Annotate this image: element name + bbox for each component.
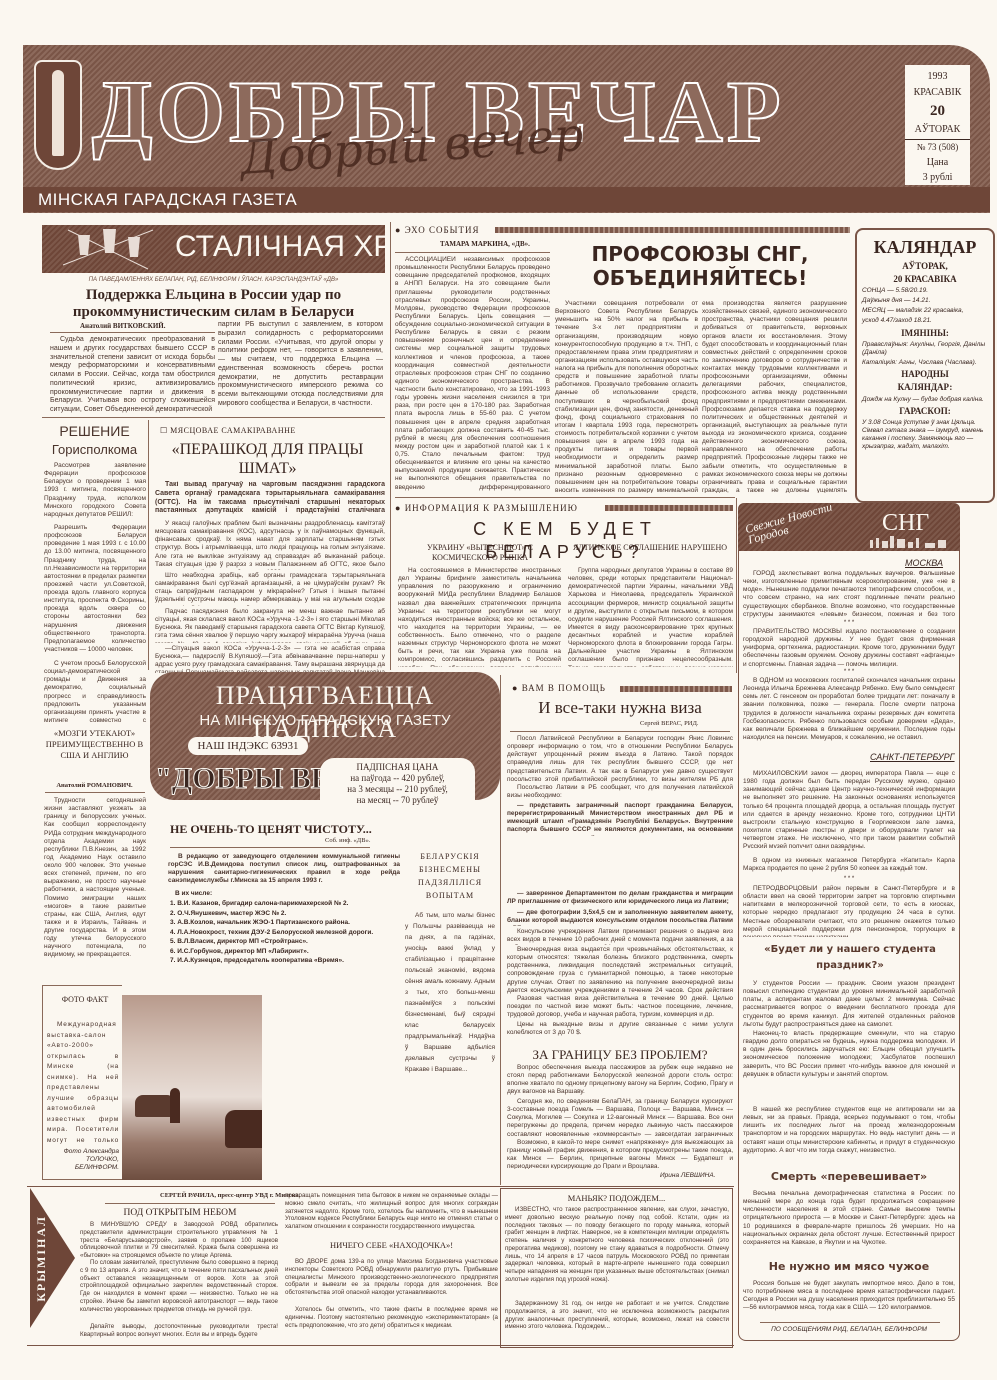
echo-rubric-bar [495, 227, 850, 233]
meat-text: Россия больше не будет закупать импортно… [743, 1280, 955, 1320]
car-icon [135, 1095, 175, 1117]
local-gov-rubric-label: МЯСЦОВАЕ САМАКІРАВАННЕ [170, 426, 296, 435]
border-author: Ирина ЛЕВШИНА. [660, 1172, 715, 1180]
death-text: Весьма печальна демографическая статисти… [743, 1190, 955, 1248]
border-p2: Сегодня же, по сведениям БелаПАН, за гра… [507, 1098, 733, 1138]
calendar-folk-title2: КАЛЯНДАР: [862, 382, 988, 393]
clean-lead: В редакцию от заведующего отделением ком… [168, 853, 400, 889]
calendar-moon: МЕСЯЦ — маладзік 22 красавіка, [862, 307, 988, 315]
clean-headline: НЕ ОЧЕНЬ-ТО ЦЕНЯТ ЧИСТОТУ... [170, 822, 372, 837]
meat-headline: Не нужно им мясо чужое [743, 1260, 955, 1274]
price-title: ПАДПІСНАЯ ЦАНА [320, 762, 475, 773]
subscription-subtitle: НА МІНСКУЮ ГАРАДСКУЮ ГАЗЕТУ [150, 712, 500, 731]
subscription-index: НАШ ІНДЭКС 63931 [188, 737, 308, 755]
yeltsin-col2: партии РБ выступил с заявлением, в котор… [218, 321, 383, 413]
business-text: Аб тым, што малы бізнес у Польшчы развів… [405, 910, 495, 1185]
reflection-rubric-bar [605, 505, 733, 511]
issue-date-box: 1993 КРАСАВІК 20 АЎТОРАК № 73 (508) Цана… [905, 65, 970, 185]
visa-p2: Посольство Латвии в РБ сообщает, что для… [507, 784, 733, 801]
calendar-catholic: Каталіцкія: Агны, Чэслава (Часлава). [862, 359, 988, 367]
chronicle-source: ПА ПАВЕДАМЛЕННЯХ БЕЛАПАН, РІД, БЕЛІНФОРМ… [42, 277, 385, 285]
local-gov-rubric: ☐ МЯСЦОВАЕ САМАКІРАВАННЕ [160, 426, 296, 436]
visa-p6: Консульские учреждения Латвии принимают … [507, 928, 733, 945]
list-item: 1. В.И. Казанов, бригадир салона-парикма… [170, 899, 402, 909]
calendar-horoscope: У 3.08 Сонца ўступае ў знак Цяльца. Сімв… [862, 419, 988, 452]
spb-item-2: В одном из книжных магазинов Петербурга … [743, 857, 955, 875]
clean-intro: В их числе: [175, 890, 212, 898]
visa-p3: — представить заграничный паспорт гражда… [507, 802, 733, 836]
echo-col3: ема производства является разрушение хоз… [702, 300, 847, 493]
echo-col2: Участники совещания потребовали от Верхо… [555, 300, 698, 493]
price-3-months: на 3 месяцы -- 210 рублеў, [320, 784, 475, 795]
brains-text: Трудности сегодняшней жизни заставляют у… [44, 797, 146, 977]
issue-weekday: АЎТОРАК [905, 124, 970, 137]
auto-show-photo [122, 995, 262, 1180]
border-p3: Возможно, в какой-то мере снимет «напряж… [507, 1139, 733, 1169]
decision-p1: Рассмотрев заявление Федерации профсоюзо… [44, 462, 146, 522]
crime-c1p1: В МИНУВШУЮ СРЕДУ в Заводской РОВД обрати… [80, 1221, 278, 1258]
crime-c1p3: Делайте выводы, достопочтенные руководит… [80, 1323, 278, 1341]
crime-c2p2: ВО ДВОРЕ дома 139-а по улице Максима Бог… [285, 1258, 498, 1303]
spb-label: САНКТ-ПЕТЕРБУРГ [870, 752, 955, 763]
brains-author: Анатолий РОМАНОВИЧ. [42, 782, 147, 790]
ukraine-headline: УКРАИНУ «ВЫТЕСНЯЮТ» С КОСМИЧЕСКОГО РЫНКА [400, 543, 560, 563]
price-value: 3 рублі [905, 172, 970, 185]
visa-author: Сергей ВЕРАС, РИД. [640, 720, 699, 728]
visa-p1: Посол Латвийской Республики в Беларуси г… [507, 735, 733, 783]
calendar-orthodox: Праваслаўныя: Акуліны, Георгія, Данілы (… [862, 341, 988, 357]
yeltsin-col1: Судьба демократических преобразований в … [50, 336, 215, 414]
reflection-rubric-label: ИНФОРМАЦИЯ К РАЗМЫШЛЕНИЮ [405, 503, 578, 513]
echo-rubric-label: ЭХО СОБЫТИЯ [405, 225, 480, 235]
local-gov-headline: «ПЕРАШКОД ДЛЯ ПРАЦЫ ШМАТ» [150, 440, 385, 478]
crime-c3p2: Задержанному 31 год, он нигде не работае… [505, 1300, 729, 1342]
street-lamp-icon [58, 225, 158, 273]
visa-p8: Разовая частная виза действительна в теч… [507, 995, 733, 1020]
spb-item-3: ПЕТРОДВОРЦОВЫЙ район первым в Санкт-Пете… [743, 885, 955, 937]
list-item: 3. А.В.Козлов, начальник ЖЭО-1 Партизанс… [170, 918, 402, 928]
students-p2: Наконец-то власть предержащие смекнули, … [743, 1030, 955, 1098]
students-headline: «Будет ли у нашего студента праздник?» [750, 942, 950, 974]
madonna-figure-icon [52, 70, 64, 156]
calendar-sun: СОНЦА — 5.58/20.19. [862, 287, 988, 295]
skyline-icon [870, 536, 955, 548]
visa-p5: — две фотографии 3,5х4,5 см и заполненну… [507, 909, 733, 926]
yalta-headline: ЯЛТИНСКОЕ СОГЛАШЕНИЕ НАРУШЕНО [570, 543, 730, 553]
echo-author: ТАМАРА МАРКИНА, «ДВ». [440, 240, 530, 249]
calendar-horoscope-title: ГАРАСКОП: [862, 406, 988, 417]
list-item: 2. О.Ч.Янушкевич, мастер ЖЭС № 2. [170, 909, 402, 919]
local-gov-p1: У якасці галоўных праблем былі вызначаны… [155, 520, 385, 570]
local-gov-p3: Падчас пасяджэння было закранута не менш… [155, 608, 385, 643]
newspaper-subtitle: МІНСКАЯ ГАРАДСКАЯ ГАЗЕТА [38, 189, 297, 210]
echo-rubric: ● ЭХО СОБЫТИЯ [395, 225, 479, 236]
price-1-month: на месяц -- 70 рублеў [320, 795, 475, 806]
decision-subheadline: Горисполкома [42, 442, 147, 458]
local-gov-lead: Такі вывад прагучаў на чарговым пасяджэн… [155, 481, 385, 517]
decision-headline: РЕШЕНИЕ [42, 423, 147, 441]
business-headline: БЕЛАРУСКІЯ БІЗНЕСМЕНЫ ПАДЗЯЛІЛІСЯ ВОПЫТА… [405, 850, 495, 902]
spb-item-1: МИХАЙЛОВСКИЙ замок — дворец императора П… [743, 770, 955, 848]
visa-headline: И все-таки нужна виза [505, 697, 735, 718]
sng-source: ПО СООБЩЕНИЯМ РИД, БЕЛАПАН, БЕЛИНФОРМ [743, 1326, 955, 1334]
ukraine-text: На состоявшемся в Министерстве иностранн… [398, 567, 561, 667]
crime-h2: НИЧЕГО СЕБЕ «НАХОДОЧКА»! [285, 1240, 498, 1251]
moscow-label: МОСКВА [905, 558, 943, 569]
echo-col1: АССОЦИАЦИЕЙ независимых профсоюзов промы… [395, 256, 550, 492]
crime-h3: МАНЬЯК? ПОДОЖДЕМ... [500, 1193, 733, 1204]
clean-list: 1. В.И. Казанов, бригадир салона-парикма… [170, 899, 402, 966]
list-item: 7. И.А.Кузнецов, председатель кооператив… [170, 956, 402, 966]
visa-p4: — заверенное Департаментом по делам граж… [507, 890, 733, 907]
calendar-daylength: Даўжыня дня — 14.21. [862, 297, 988, 305]
death-headline: Смерть «перевешивает» [743, 1170, 955, 1184]
calendar-folk-title: НАРОДНЫ [862, 369, 988, 380]
list-item: 4. Л.А.Новохрост, техник ДЭУ-2 Белорусск… [170, 928, 402, 938]
border-headline: ЗА ГРАНИЦУ БЕЗ ПРОБЛЕМ? [505, 1047, 735, 1063]
local-gov-p2: Што неабходна зрабіць, каб органы грамад… [155, 572, 385, 606]
separator-stars: * * * [743, 876, 955, 884]
calendar-day: АЎТОРАК, [862, 261, 988, 272]
reflection-rubric: ● ИНФОРМАЦИЯ К РАЗМЫШЛЕНИЮ [395, 503, 578, 514]
price-label: Цана [905, 157, 970, 170]
separator-stars: * * * [743, 620, 955, 628]
crime-c2p1: превращать помещения типа бытовок в нике… [285, 1192, 498, 1237]
crime-c2p3: Хотелось бы отметить, что такие факты в … [285, 1306, 498, 1340]
visa-rubric: ● ВАМ В ПОМОЩЬ [512, 683, 606, 694]
crime-h1: ПОД ОТКРЫТЫМ НЕБОМ [80, 1208, 280, 1220]
issue-day: 20 [905, 102, 970, 121]
local-gov-p4: —Сітуацыя вакол КОСа «Уручча-1-2-3» — гэ… [155, 645, 385, 673]
visa-p7: Внеочередная виза выдается при чрезвычай… [507, 946, 733, 994]
decision-p2: Разрешить Федерации профсоюзов Беларуси … [44, 524, 146, 652]
crime-c1p2: По словам заявителей, преступление было … [80, 1259, 278, 1322]
moscow-item-1: ГОРОД захлестывает волна поддельных вауч… [743, 570, 955, 619]
calendar-date: 20 КРАСАВІКА [862, 274, 988, 285]
calendar-title: КАЛЯНДАР [862, 236, 988, 259]
car-icon [225, 1110, 262, 1148]
issue-month: КРАСАВІК [905, 87, 970, 100]
moscow-item-3: В ОДНОМ из московских госпиталей скончал… [743, 677, 955, 747]
person-icon [170, 1088, 180, 1123]
issue-number: № 73 (508) [905, 139, 970, 153]
calendar-box: КАЛЯНДАР АЎТОРАК, 20 КРАСАВІКА СОНЦА — 5… [855, 228, 995, 503]
issue-year: 1993 [905, 71, 970, 84]
clean-source: Соб. инф. «ДВ». [325, 837, 370, 845]
decision-p3: С учетом просьб Белорусской социал-демок… [44, 660, 146, 722]
crime-author: СЕРГЕЙ РАЧИЛА, пресс-центр УВД г. Минска… [160, 1192, 300, 1200]
visa-p9: Цены на выездные визы и другие связанные… [507, 1021, 733, 1038]
subscription-price-box: ПАДПІСНАЯ ЦАНА на паўгода -- 420 рублеў,… [320, 758, 475, 816]
separator-stars: * * * [743, 669, 955, 677]
crime-c3p1: ИЗВЕСТНО, что такое распространенное явл… [505, 1206, 729, 1298]
yeltsin-author: Анатолий ВИТКОВСКИЙ. [80, 322, 165, 331]
visa-rubric-label: ВАМ В ПОМОЩЬ [522, 683, 606, 693]
list-item: 6. И.С.Горбунов, директор МП «Лабиринт». [170, 947, 402, 957]
yalta-text: Группа народных депутатов Украины в сост… [568, 567, 733, 667]
calendar-names-title: ІМЯНІНЫ: [862, 328, 988, 339]
photo-caption: Международная выставка-салон «Авто-2000»… [47, 1020, 119, 1145]
calendar-folk: Дождж на Кулну — будзе добрая каліна. [862, 396, 988, 404]
list-item: 5. В.Л.Власик, директор МП «Стройтранс». [170, 937, 402, 947]
masthead-band-right [623, 187, 990, 212]
visa-rubric-bar [620, 686, 732, 692]
sng-header-right: СНГ [882, 508, 929, 538]
border-p1: Вопрос обеспечения выезда пассажиров за … [507, 1064, 733, 1097]
echo-headline: ПРОФСОЮЗЫ СНГ, ОБЪЕДИНЯЙТЕСЬ! [555, 242, 845, 290]
students-p3: В нашей же республике студентов еще не а… [743, 1106, 955, 1154]
yeltsin-headline: Поддержка Ельцина в России удар по проко… [42, 287, 385, 321]
photo-credit: Фото Александра ТОЛОЧКО, БЕЛИНФОРМ. [47, 1148, 119, 1172]
photo-rubric: ФОТО ФАКТ [50, 995, 120, 1005]
students-p1: У студентов России — праздник. Своим ука… [743, 980, 955, 1028]
moscow-item-2: ПРАВИТЕЛЬСТВО МОСКВЫ издало постановлени… [743, 628, 955, 670]
brains-headline: «МОЗГИ УТЕКАЮТ» ПРЕИМУЩЕСТВЕННО В США И … [42, 728, 147, 761]
calendar-moonrise: ускод 4.47/заход 18.21. [862, 317, 988, 325]
crime-label: КРЫМІНАЛ [34, 1215, 74, 1302]
separator-stars: * * * [743, 849, 955, 857]
price-half-year: на паўгода -- 420 рублеў, [320, 773, 475, 784]
